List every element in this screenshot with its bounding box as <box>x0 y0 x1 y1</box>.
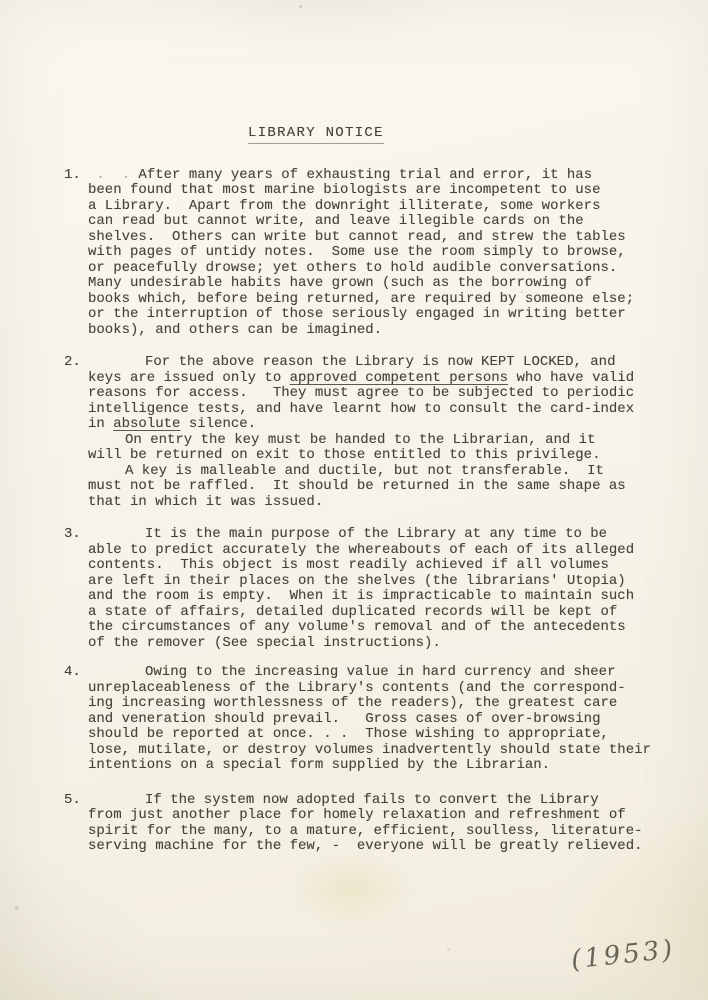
text-line: serving machine for the few, - everyone … <box>88 839 704 855</box>
text-segment: intelligence tests, and have learnt how … <box>88 401 634 417</box>
text-line: Many undesirable habits have grown (such… <box>88 276 704 292</box>
text-line: from just another place for homely relax… <box>88 808 704 824</box>
notice-item: 5.If the system now adopted fails to con… <box>64 793 704 855</box>
text-line: A key is malleable and ductile, but not … <box>88 464 704 480</box>
notice-item: 4.Owing to the increasing value in hard … <box>64 665 704 774</box>
text-segment: A key is malleable and ductile, but not … <box>125 463 604 479</box>
item-body: . . After many years of exhausting trial… <box>88 168 704 339</box>
text-line: shelves. Others can write but cannot rea… <box>88 230 704 246</box>
text-line: . . After many years of exhausting trial… <box>88 168 704 184</box>
text-line: the circumstances of any volume's remova… <box>88 620 704 636</box>
text-line: unreplaceableness of the Library's conte… <box>88 681 704 697</box>
text-segment: from just another place for homely relax… <box>88 807 626 823</box>
text-segment: serving machine for the few, - everyone … <box>88 838 643 854</box>
text-line: will be returned on exit to those entitl… <box>88 448 704 464</box>
text-line: If the system now adopted fails to conve… <box>88 793 704 809</box>
handwritten-year: (1953) <box>570 935 677 976</box>
text-line: a Library. Apart from the downright illi… <box>88 199 704 215</box>
notice-title: LIBRARY NOTICE <box>248 126 384 144</box>
text-line: with pages of untidy notes. Some use the… <box>88 245 704 261</box>
text-segment: able to predict accurately the whereabou… <box>88 542 634 558</box>
text-line: ing increasing worthlessness of the read… <box>88 696 704 712</box>
text-line: and veneration should prevail. Gross cas… <box>88 712 704 728</box>
text-line: intelligence tests, and have learnt how … <box>88 402 704 418</box>
text-segment: unreplaceableness of the Library's conte… <box>88 680 626 696</box>
notice-item: 2.For the above reason the Library is no… <box>64 355 704 510</box>
text-line: able to predict accurately the whereabou… <box>88 543 704 559</box>
text-line: a state of affairs, detailed duplicated … <box>88 605 704 621</box>
text-segment: will be returned on exit to those entitl… <box>88 447 600 463</box>
item-number: 4. <box>64 665 81 681</box>
text-line: must not be raffled. It should be return… <box>88 479 704 495</box>
text-line: or peacefully drowse; yet others to hold… <box>88 261 704 277</box>
text-line: keys are issued only to approved compete… <box>88 371 704 387</box>
text-segment: spirit for the many, to a mature, effici… <box>88 823 643 839</box>
text-segment: silence. <box>180 416 256 432</box>
text-segment: ing increasing worthlessness of the read… <box>88 695 617 711</box>
text-segment: lose, mutilate, or destroy volumes inadv… <box>88 742 651 758</box>
text-segment: After many years of exhausting trial and… <box>138 167 592 183</box>
text-segment: who have valid <box>508 370 634 386</box>
item-number: 1. <box>64 168 81 184</box>
text-segment: or the interruption of those seriously e… <box>88 306 626 322</box>
text-segment: . . <box>88 167 138 183</box>
text-segment: with pages of untidy notes. Some use the… <box>88 244 626 260</box>
text-segment: in <box>88 416 113 432</box>
text-segment: If the system now adopted fails to conve… <box>145 792 599 808</box>
text-segment: should be reported at once. . . Those wi… <box>88 726 609 742</box>
text-segment: On entry the key must be handed to the L… <box>125 432 595 448</box>
text-line: spirit for the many, to a mature, effici… <box>88 824 704 840</box>
text-segment: intentions on a special form supplied by… <box>88 757 550 773</box>
text-line: of the remover (See special instructions… <box>88 636 704 652</box>
text-segment: and the room is empty. When it is imprac… <box>88 588 634 604</box>
text-segment: that in which it was issued. <box>88 494 323 510</box>
item-number: 5. <box>64 793 81 809</box>
text-segment: keys are issued only to <box>88 370 290 386</box>
notice-item: 1. . . After many years of exhausting tr… <box>64 168 704 339</box>
text-segment: been found that most marine biologists a… <box>88 182 600 198</box>
text-segment: contents. This object is most readily ac… <box>88 557 609 573</box>
item-number: 2. <box>64 355 81 371</box>
text-segment: books), and others can be imagined. <box>88 322 382 338</box>
text-segment: For the above reason the Library is now … <box>145 354 615 370</box>
text-segment: can read but cannot write, and leave ill… <box>88 213 584 229</box>
text-line: in absolute silence. <box>88 417 704 433</box>
text-segment: a Library. Apart from the downright illi… <box>88 198 600 214</box>
item-body: It is the main purpose of the Library at… <box>88 527 704 651</box>
text-line: intentions on a special form supplied by… <box>88 758 704 774</box>
text-line: should be reported at once. . . Those wi… <box>88 727 704 743</box>
notice-item: 3.It is the main purpose of the Library … <box>64 527 704 651</box>
text-segment: and veneration should prevail. Gross cas… <box>88 711 600 727</box>
text-line: been found that most marine biologists a… <box>88 183 704 199</box>
text-line: books which, before being returned, are … <box>88 292 704 308</box>
text-line: books), and others can be imagined. <box>88 323 704 339</box>
paper-speck <box>15 906 19 910</box>
text-line: and the room is empty. When it is imprac… <box>88 589 704 605</box>
text-segment: It is the main purpose of the Library at… <box>145 526 607 542</box>
text-line: Owing to the increasing value in hard cu… <box>88 665 704 681</box>
item-body: For the above reason the Library is now … <box>88 355 704 510</box>
item-body: If the system now adopted fails to conve… <box>88 793 704 855</box>
text-segment: the circumstances of any volume's remova… <box>88 619 626 635</box>
text-segment: Owing to the increasing value in hard cu… <box>145 664 615 680</box>
text-line: are left in their places on the shelves … <box>88 574 704 590</box>
paper-page: LIBRARY NOTICE 1. . . After many years o… <box>0 0 708 1000</box>
text-segment: Many undesirable habits have grown (such… <box>88 275 592 291</box>
paper-speck <box>447 948 450 951</box>
item-body: Owing to the increasing value in hard cu… <box>88 665 704 774</box>
text-segment: must not be raffled. It should be return… <box>88 478 626 494</box>
text-segment: books which, before being returned, are … <box>88 291 634 307</box>
text-line: It is the main purpose of the Library at… <box>88 527 704 543</box>
text-segment: reasons for access. They must agree to b… <box>88 385 634 401</box>
notice-document: LIBRARY NOTICE 1. . . After many years o… <box>64 126 704 855</box>
text-line: or the interruption of those seriously e… <box>88 307 704 323</box>
text-line: lose, mutilate, or destroy volumes inadv… <box>88 743 704 759</box>
text-line: reasons for access. They must agree to b… <box>88 386 704 402</box>
text-segment: of the remover (See special instructions… <box>88 635 441 651</box>
text-segment: shelves. Others can write but cannot rea… <box>88 229 626 245</box>
text-segment: or peacefully drowse; yet others to hold… <box>88 260 617 276</box>
underlined-text: approved competent persons <box>290 370 508 386</box>
underlined-text: absolute <box>113 416 180 432</box>
text-line: that in which it was issued. <box>88 495 704 511</box>
item-number: 3. <box>64 527 81 543</box>
text-segment: a state of affairs, detailed duplicated … <box>88 604 617 620</box>
text-segment: are left in their places on the shelves … <box>88 573 626 589</box>
text-line: On entry the key must be handed to the L… <box>88 433 704 449</box>
paper-speck <box>299 5 302 8</box>
text-line: can read but cannot write, and leave ill… <box>88 214 704 230</box>
text-line: contents. This object is most readily ac… <box>88 558 704 574</box>
notice-list: 1. . . After many years of exhausting tr… <box>64 168 704 855</box>
text-line: For the above reason the Library is now … <box>88 355 704 371</box>
